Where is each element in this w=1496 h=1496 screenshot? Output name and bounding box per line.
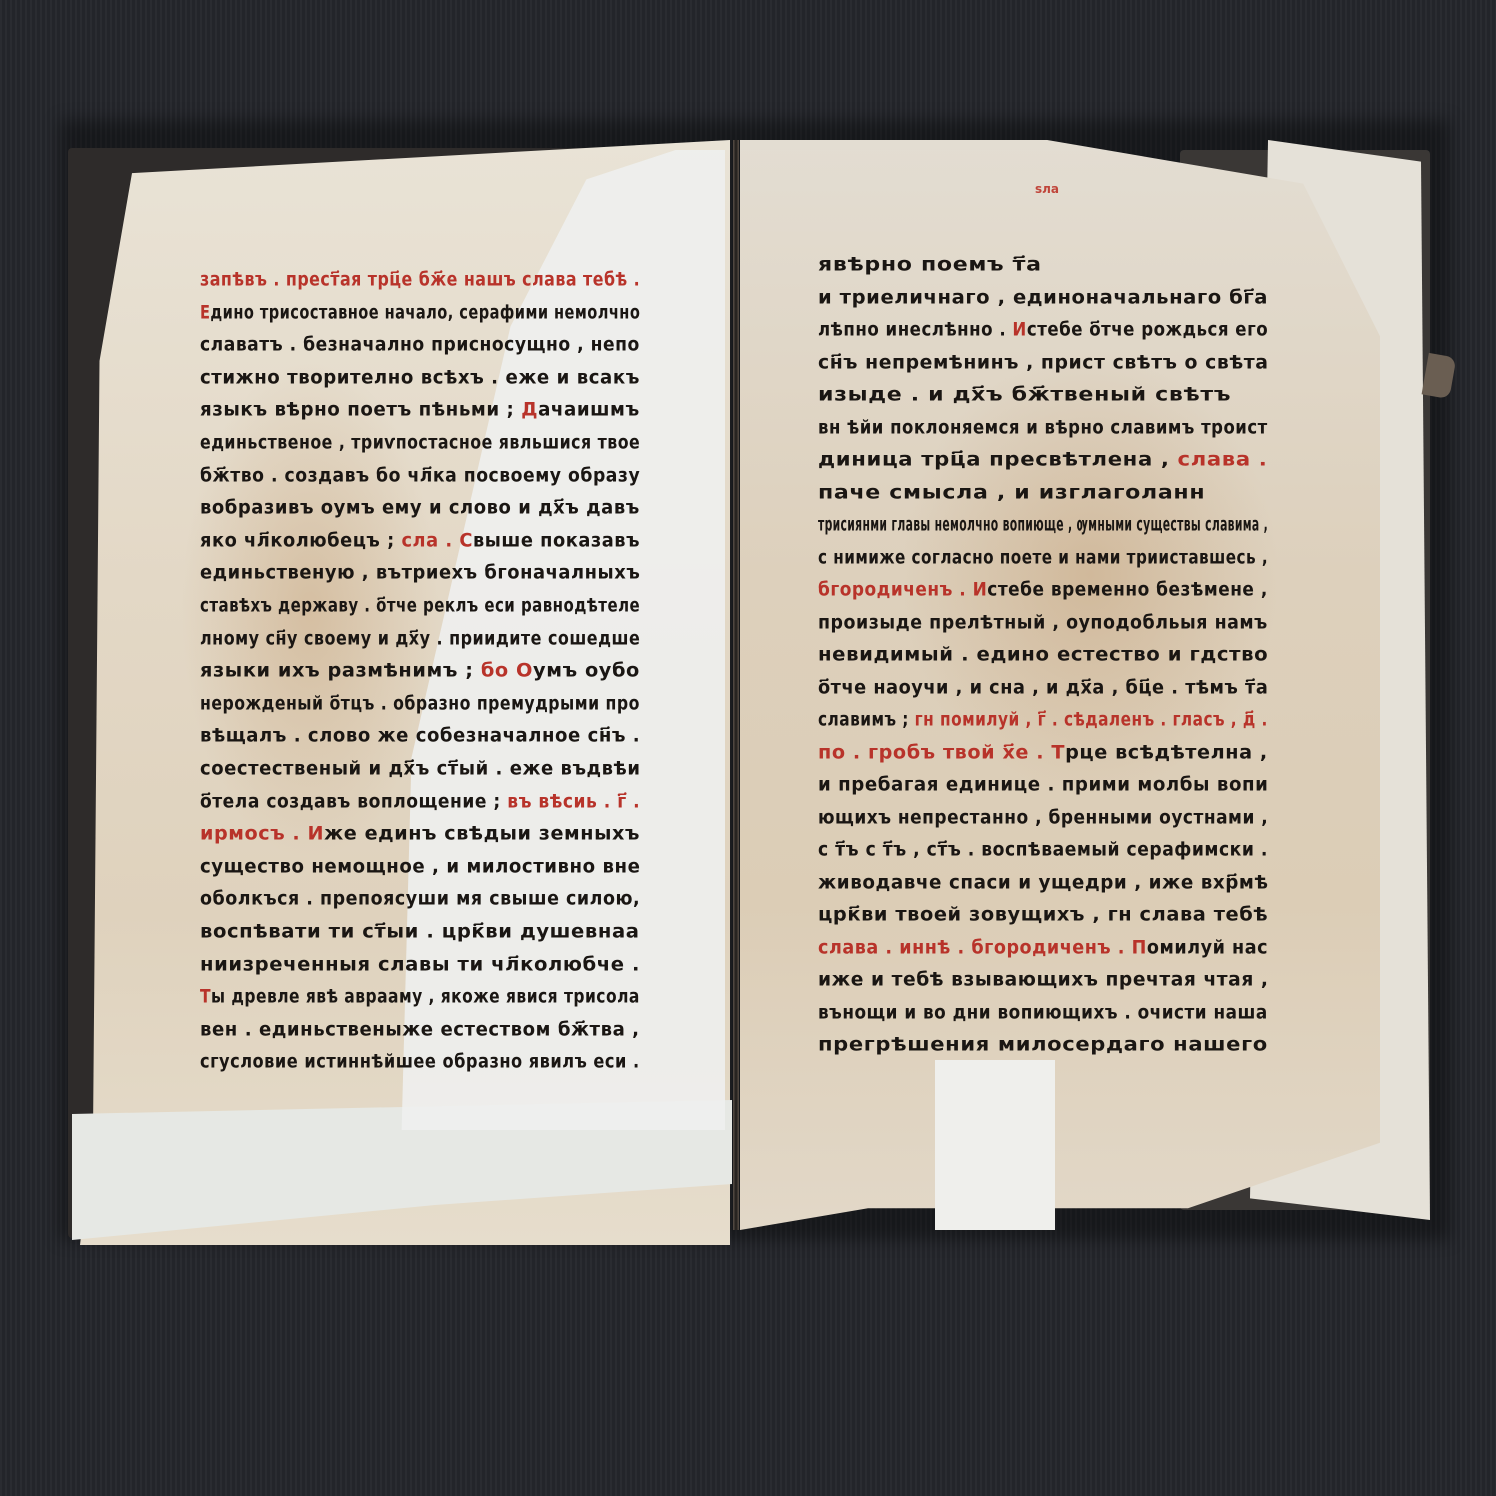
manuscript-line: лному сн҃у своему и дх҃у . приидите соше…	[200, 628, 640, 650]
ink-text: рце всѣдѣтелна ,	[1065, 742, 1268, 764]
ink-text: ниизреченныя славы ти чл҃колюбче .	[200, 954, 640, 976]
manuscript-line: паче смысла , и изглаголанн	[818, 482, 1205, 504]
rubric-text: бгородиченъ . И	[818, 579, 987, 601]
ink-text: прегрѣшения милосердаго нашего	[818, 1034, 1268, 1056]
ink-text: существо немощное , и милостивно вне	[200, 856, 640, 878]
manuscript-line: Ты древле явѣ аврааму , якоже явися трис…	[200, 986, 640, 1008]
ink-text: невидимый . едино естество и гдство	[818, 644, 1268, 666]
rubric-text: слава .	[1178, 449, 1268, 471]
manuscript-line: ниизреченныя славы ти чл҃колюбче .	[200, 954, 640, 976]
ink-text: ющихъ непрестанно , бренными оустнами ,	[818, 807, 1268, 829]
ink-text: ставѣхъ державу . о҃тче реклъ еси равнод…	[200, 595, 640, 617]
right-page-repair-patch	[935, 1060, 1055, 1230]
manuscript-line: вен . единьственыже естеством бж҃тва ,	[200, 1019, 640, 1041]
ink-text: дино трисоставное начало, серафими немол…	[210, 302, 640, 324]
ink-text: вн ѣйи поклоняемся и вѣрно славимъ троис…	[818, 417, 1268, 439]
manuscript-line: ирмосъ . Иже единъ свѣдыи земныхъ	[200, 823, 640, 845]
ink-text: вънощи и во дни вопиющихъ . очисти наша	[818, 1002, 1268, 1024]
manuscript-line: единьственое , триѵпостасное явльшися тв…	[200, 432, 640, 454]
manuscript-line: соестественый и дх҃ъ ст҃ый . еже въдвѣи	[200, 758, 641, 780]
ink-text: умъ оубо	[533, 660, 640, 682]
rubric-text: запѣвъ . прест҃ая трц҃е бж҃е нашъ слава …	[200, 269, 640, 291]
ink-text: лѣпно инеслѣнно .	[818, 319, 1012, 341]
manuscript-line: живодавче спаси и ущедри , иже вхр҃мѣ	[818, 872, 1269, 894]
manuscript-line: трисиянми главы немолчно вопиюще , ѹмным…	[818, 514, 1268, 536]
manuscript-line: нерожденый о҃тцъ . образно премудрыми пр…	[200, 693, 640, 715]
manuscript-line: ющихъ непрестанно , бренными оустнами ,	[818, 807, 1268, 829]
ink-text: произыде прелѣтный , оуподобльыя намъ	[818, 612, 1268, 634]
ink-text: явѣрно поемъ т҃а	[818, 254, 1042, 276]
manuscript-line: сгусловие истиннѣйшее образно явилъ еси …	[200, 1051, 640, 1073]
ink-text: выше показавъ	[473, 530, 640, 552]
ink-text: сн҃ъ непремѣнинъ , прист свѣтъ о свѣта	[818, 352, 1269, 374]
manuscript-line: языки ихъ размѣнимъ ; бо Оумъ оубо	[200, 660, 640, 682]
manuscript-line: бгородиченъ . Истебе временно безѣмене ,	[818, 579, 1268, 601]
ink-text: иже и тебѣ взывающихъ пречтая чтая ,	[818, 969, 1269, 991]
manuscript-line: и пребагая единице . прими молбы вопи	[818, 774, 1268, 796]
manuscript-line: изыде . и дх҃ъ бж҃твеный свѣтъ	[818, 384, 1231, 406]
manuscript-line: сн҃ъ непремѣнинъ , прист свѣтъ о свѣта	[818, 352, 1269, 374]
manuscript-line: оболкъся . препоясуши мя свыше силою,	[200, 888, 640, 910]
manuscript-line: вънощи и во дни вопиющихъ . очисти наша	[818, 1002, 1268, 1024]
manuscript-line: ставѣхъ державу . о҃тче реклъ еси равнод…	[200, 595, 640, 617]
manuscript-line: запѣвъ . прест҃ая трц҃е бж҃е нашъ слава …	[200, 269, 640, 291]
manuscript-line: славатъ . безначално присносущно , непо	[200, 334, 640, 356]
ink-text: омилуй нас	[1147, 937, 1268, 959]
ink-text: о҃тела создавъ воплощение ;	[200, 791, 507, 813]
manuscript-line: воспѣвати ти ст҃ыи . црк҃ви душевнаа	[200, 921, 640, 943]
rubric-text: И	[1012, 319, 1026, 341]
manuscript-line: бж҃тво . создавъ бо чл҃ка посвоему образ…	[200, 465, 640, 487]
ink-text: единьственую , вътриехъ бгоначалныхъ	[200, 562, 640, 584]
ink-text: единьственое , триѵпостасное явльшися тв…	[200, 432, 640, 454]
ink-text: с нимиже согласно поете и нами трииставш…	[818, 547, 1268, 569]
manuscript-line: лѣпно инеслѣнно . Истебе о҃тче рождься е…	[818, 319, 1268, 341]
ink-text: яко чл҃колюбецъ ;	[200, 530, 401, 552]
ink-text: и пребагая единице . прими молбы вопи	[818, 774, 1268, 796]
manuscript-line: и триеличнаго , единоначальнаго бг҃а	[818, 287, 1268, 309]
ink-text: славимъ ;	[818, 709, 915, 731]
manuscript-line: яко чл҃колюбецъ ; сла . Свыше показавъ	[200, 530, 640, 552]
manuscript-line: явѣрно поемъ т҃а	[818, 254, 1042, 276]
manuscript-line: с нимиже согласно поете и нами трииставш…	[818, 547, 1268, 569]
ink-text: с т҃ъ с т҃ъ , ст҃ъ . воспѣваемый серафим…	[818, 839, 1268, 861]
ink-text: црк҃ви твоей зовущихъ , гн слава тебѣ	[818, 904, 1268, 926]
ink-text: сгусловие истиннѣйшее образно явилъ еси …	[200, 1051, 640, 1073]
ink-text: паче смысла , и изглаголанн	[818, 482, 1205, 504]
ink-text: диница трц҃а пресвѣтлена ,	[818, 449, 1178, 471]
manuscript-line: славимъ ; гн помилуй , г҃ . сѣдаленъ . г…	[818, 709, 1268, 731]
manuscript-line: невидимый . едино естество и гдство	[818, 644, 1268, 666]
rubric-text: бо О	[481, 660, 533, 682]
ink-text: стижно творително всѣхъ . еже и всакъ	[200, 367, 640, 389]
ink-text: стебе о҃тче рождься его	[1027, 319, 1268, 341]
ink-text: оболкъся . препоясуши мя свыше силою,	[200, 888, 640, 910]
rubric-text: гн помилуй , г҃ . сѣдаленъ . глаcъ , д҃ …	[915, 709, 1268, 731]
rubric-text: сла . С	[401, 530, 473, 552]
rubric-text: слава . иннѣ . бгородиченъ . П	[818, 937, 1147, 959]
manuscript-line: единьственую , вътриехъ бгоначалныхъ	[200, 562, 640, 584]
manuscript-line: слава . иннѣ . бгородиченъ . Помилуй нас	[818, 937, 1268, 959]
rubric-text: въ вѣсиь . г҃ .	[507, 791, 640, 813]
ink-text: ы древле явѣ аврааму , якоже явися трисо…	[211, 986, 640, 1008]
ink-text: языкъ вѣрно поетъ пѣньми ;	[200, 399, 521, 421]
ink-text: языки ихъ размѣнимъ ;	[200, 660, 481, 682]
rubric-text: по . гробъ твой х҃е . Т	[818, 742, 1065, 764]
ink-text: трисиянми главы немолчно вопиюще , ѹмным…	[818, 514, 1268, 536]
ink-text: вобразивъ оумъ ему и слово и дх҃ъ давъ	[200, 497, 640, 519]
ink-text: нерожденый о҃тцъ . образно премудрыми пр…	[200, 693, 640, 715]
manuscript-line: иже и тебѣ взывающихъ пречтая чтая ,	[818, 969, 1269, 991]
ink-text: вѣщалъ . слово же собезначалное сн҃ъ .	[200, 725, 640, 747]
manuscript-line: по . гробъ твой х҃е . Трце всѣдѣтелна ,	[818, 742, 1268, 764]
manuscript-line: о҃тела создавъ воплощение ; въ вѣсиь . г…	[200, 791, 640, 813]
folio-number: ѕла	[1035, 182, 1059, 196]
ink-text: вен . единьственыже естеством бж҃тва ,	[200, 1019, 640, 1041]
manuscript-line: црк҃ви твоей зовущихъ , гн слава тебѣ	[818, 904, 1268, 926]
manuscript-line: о҃тче наоучи , и сна , и дх҃а , бц҃е . т…	[818, 677, 1268, 699]
ink-text: изыде . и дх҃ъ бж҃твеный свѣтъ	[818, 384, 1231, 406]
leather-clasp	[1422, 353, 1457, 399]
ink-text: соестественый и дх҃ъ ст҃ый . еже въдвѣи	[200, 758, 641, 780]
ink-text: же единъ свѣдыи земныхъ	[324, 823, 640, 845]
manuscript-line: Едино трисоставное начало, серафими немо…	[200, 302, 640, 324]
manuscript-line: прегрѣшения милосердаго нашего	[818, 1034, 1268, 1056]
ink-text: бж҃тво . создавъ бо чл҃ка посвоему образ…	[200, 465, 640, 487]
rubric-text: Д	[521, 399, 538, 421]
ink-text: и триеличнаго , единоначальнаго бг҃а	[818, 287, 1268, 309]
manuscript-line: вн ѣйи поклоняемся и вѣрно славимъ троис…	[818, 417, 1268, 439]
ink-text: лному сн҃у своему и дх҃у . приидите соше…	[200, 628, 640, 650]
ink-text: живодавче спаси и ущедри , иже вхр҃мѣ	[818, 872, 1269, 894]
ink-text: ачаишмъ	[538, 399, 640, 421]
manuscript-line: с т҃ъ с т҃ъ , ст҃ъ . воспѣваемый серафим…	[818, 839, 1268, 861]
manuscript-line: стижно творително всѣхъ . еже и всакъ	[200, 367, 640, 389]
manuscript-line: произыде прелѣтный , оуподобльыя намъ	[818, 612, 1268, 634]
ink-text: воспѣвати ти ст҃ыи . црк҃ви душевнаа	[200, 921, 640, 943]
rubric-text: ирмосъ . И	[200, 823, 324, 845]
manuscript-line: вѣщалъ . слово же собезначалное сн҃ъ .	[200, 725, 640, 747]
ink-text: стебе временно безѣмене ,	[987, 579, 1268, 601]
rubric-text: Т	[200, 986, 211, 1008]
rubric-text: Е	[200, 302, 210, 324]
book-gutter	[733, 140, 739, 1230]
manuscript-line: диница трц҃а пресвѣтлена , слава .	[818, 449, 1267, 471]
manuscript-line: языкъ вѣрно поетъ пѣньми ; Дачаишмъ	[200, 399, 640, 421]
ink-text: о҃тче наоучи , и сна , и дх҃а , бц҃е . т…	[818, 677, 1268, 699]
manuscript-line: существо немощное , и милостивно вне	[200, 856, 640, 878]
manuscript-line: вобразивъ оумъ ему и слово и дх҃ъ давъ	[200, 497, 640, 519]
ink-text: славатъ . безначално присносущно , непо	[200, 334, 640, 356]
